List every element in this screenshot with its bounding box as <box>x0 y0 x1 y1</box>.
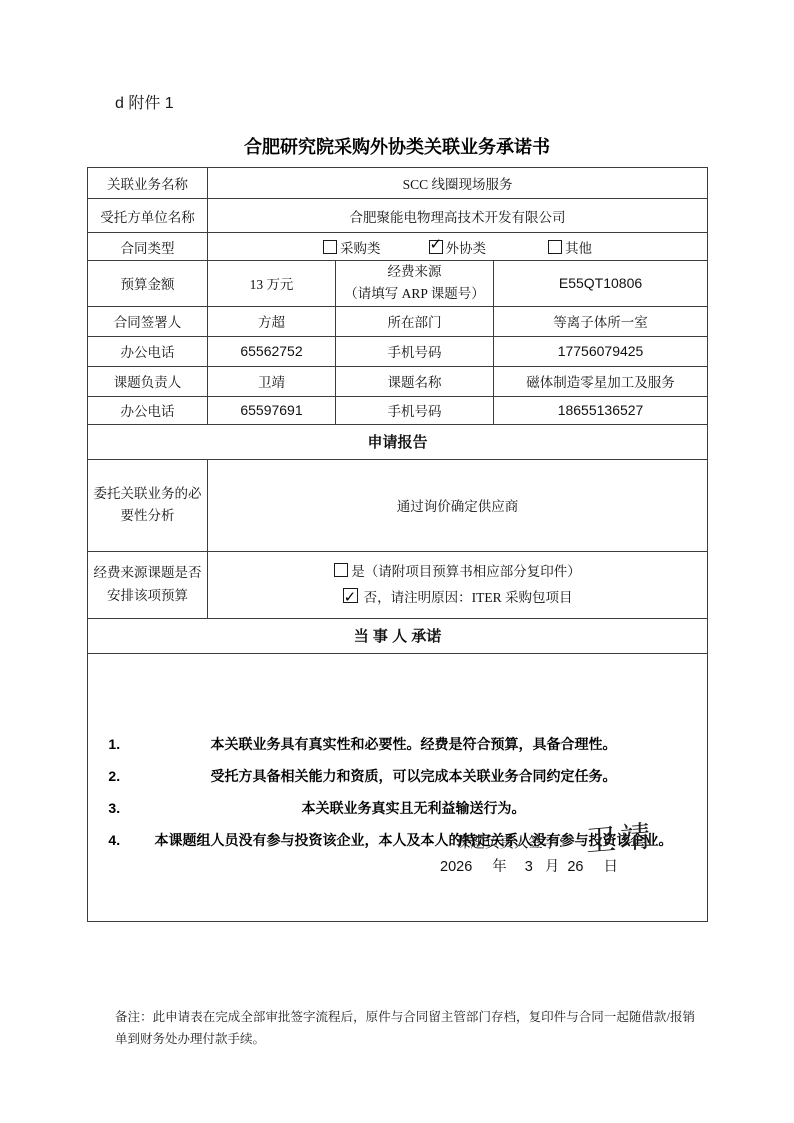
funding-source-label: 经费来源 （请填写 ARP 课题号） <box>336 261 494 307</box>
commitment-form-table: 关联业务名称 SCC 线圈现场服务 受托方单位名称 合肥聚能电物理高技术开发有限… <box>87 167 708 922</box>
contract-type-option: 其他 <box>548 241 592 256</box>
date-day-unit: 日 <box>603 859 618 875</box>
commitment-item: 本关联业务具有真实性和必要性。经费是符合预算，具备合理性。 <box>124 729 703 761</box>
business-name-value: SCC 线圈现场服务 <box>208 168 708 199</box>
budget-label: 预算金额 <box>88 261 208 307</box>
pi-value: 卫靖 <box>208 366 336 396</box>
mobile-label: 手机号码 <box>336 336 494 366</box>
row-contract-type: 合同类型 采购类外协类其他 <box>88 233 708 261</box>
office-phone-label: 办公电话 <box>88 396 208 424</box>
date-month-unit: 月 <box>545 859 560 875</box>
document-page: d 附件 1 合肥研究院采购外协类关联业务承诺书 关联业务名称 SCC 线圈现场… <box>0 0 794 1123</box>
date-day: 26 <box>567 859 583 875</box>
dept-label: 所在部门 <box>336 306 494 336</box>
dept-value: 等离子体所一室 <box>494 306 708 336</box>
funding-source-value: E55QT10806 <box>494 261 708 307</box>
row-report-header: 申请报告 <box>88 424 708 459</box>
date-year-unit: 年 <box>492 859 507 875</box>
checkbox-unchecked-icon <box>323 240 337 254</box>
mobile-value: 18655136527 <box>494 396 708 424</box>
signer-value: 方超 <box>208 306 336 336</box>
project-name-label: 课题名称 <box>336 366 494 396</box>
signature-handwriting: 卫靖 <box>586 811 655 861</box>
attachment-label: d 附件 1 <box>115 90 174 113</box>
date-year: 2026 <box>440 859 472 875</box>
business-name-label: 关联业务名称 <box>88 168 208 199</box>
date-month: 3 <box>525 859 533 875</box>
necessity-value: 通过询价确定供应商 <box>208 459 708 551</box>
mobile-value: 17756079425 <box>494 336 708 366</box>
office-phone-label: 办公电话 <box>88 336 208 366</box>
row-commitments: 本关联业务具有真实性和必要性。经费是符合预算，具备合理性。 受托方具备相关能力和… <box>88 653 708 921</box>
mobile-label: 手机号码 <box>336 396 494 424</box>
office-phone-value: 65597691 <box>208 396 336 424</box>
project-name-value: 磁体制造零星加工及服务 <box>494 366 708 396</box>
commitment-item: 受托方具备相关能力和资质，可以完成本关联业务合同约定任务。 <box>124 761 703 793</box>
signature-date: 2026年3月26日 <box>440 855 618 876</box>
footer-note: 备注：此申请表在完成全部审批签字流程后，原件与合同留主管部门存档，复印件与合同一… <box>115 1007 695 1051</box>
checkbox-unchecked-icon <box>334 563 348 577</box>
contract-type-options: 采购类外协类其他 <box>208 233 708 261</box>
checkbox-unchecked-icon <box>548 240 562 254</box>
row-signer-phone: 办公电话 65562752 手机号码 17756079425 <box>88 336 708 366</box>
trustee-value: 合肥聚能电物理高技术开发有限公司 <box>208 199 708 233</box>
row-pi-phone: 办公电话 65597691 手机号码 18655136527 <box>88 396 708 424</box>
signer-label: 合同签署人 <box>88 306 208 336</box>
trustee-label: 受托方单位名称 <box>88 199 208 233</box>
row-budget-arranged: 经费来源课题是否 安排该项预算 是（请附项目预算书相应部分复印件） 否，请注明原… <box>88 551 708 618</box>
row-necessity: 委托关联业务的必 要性分析 通过询价确定供应商 <box>88 459 708 551</box>
budget-arranged-label: 经费来源课题是否 安排该项预算 <box>88 551 208 618</box>
row-budget: 预算金额 13 万元 经费来源 （请填写 ARP 课题号） E55QT10806 <box>88 261 708 307</box>
contract-type-option: 采购类 <box>323 241 381 256</box>
budget-value: 13 万元 <box>208 261 336 307</box>
contract-type-option: 外协类 <box>429 241 487 256</box>
signature-label: 课题负责人签字： <box>456 835 572 851</box>
pi-label: 课题负责人 <box>88 366 208 396</box>
commitment-section-header: 当 事 人 承诺 <box>88 618 708 653</box>
commitments-cell: 本关联业务具有真实性和必要性。经费是符合预算，具备合理性。 受托方具备相关能力和… <box>88 653 708 921</box>
budget-arranged-yes: 是（请附项目预算书相应部分复印件） <box>212 559 703 585</box>
checkbox-checked-icon <box>343 588 358 603</box>
budget-arranged-no: 否，请注明原因：ITER 采购包项目 <box>212 585 703 611</box>
budget-arranged-options: 是（请附项目预算书相应部分复印件） 否，请注明原因：ITER 采购包项目 <box>208 551 708 618</box>
row-commitment-header: 当 事 人 承诺 <box>88 618 708 653</box>
necessity-label: 委托关联业务的必 要性分析 <box>88 459 208 551</box>
row-pi: 课题负责人 卫靖 课题名称 磁体制造零星加工及服务 <box>88 366 708 396</box>
row-signer: 合同签署人 方超 所在部门 等离子体所一室 <box>88 306 708 336</box>
row-trustee: 受托方单位名称 合肥聚能电物理高技术开发有限公司 <box>88 199 708 233</box>
document-title: 合肥研究院采购外协类关联业务承诺书 <box>0 133 794 159</box>
checkbox-checked-icon <box>429 240 443 254</box>
contract-type-label: 合同类型 <box>88 233 208 261</box>
office-phone-value: 65562752 <box>208 336 336 366</box>
report-section-header: 申请报告 <box>88 424 708 459</box>
row-business-name: 关联业务名称 SCC 线圈现场服务 <box>88 168 708 199</box>
